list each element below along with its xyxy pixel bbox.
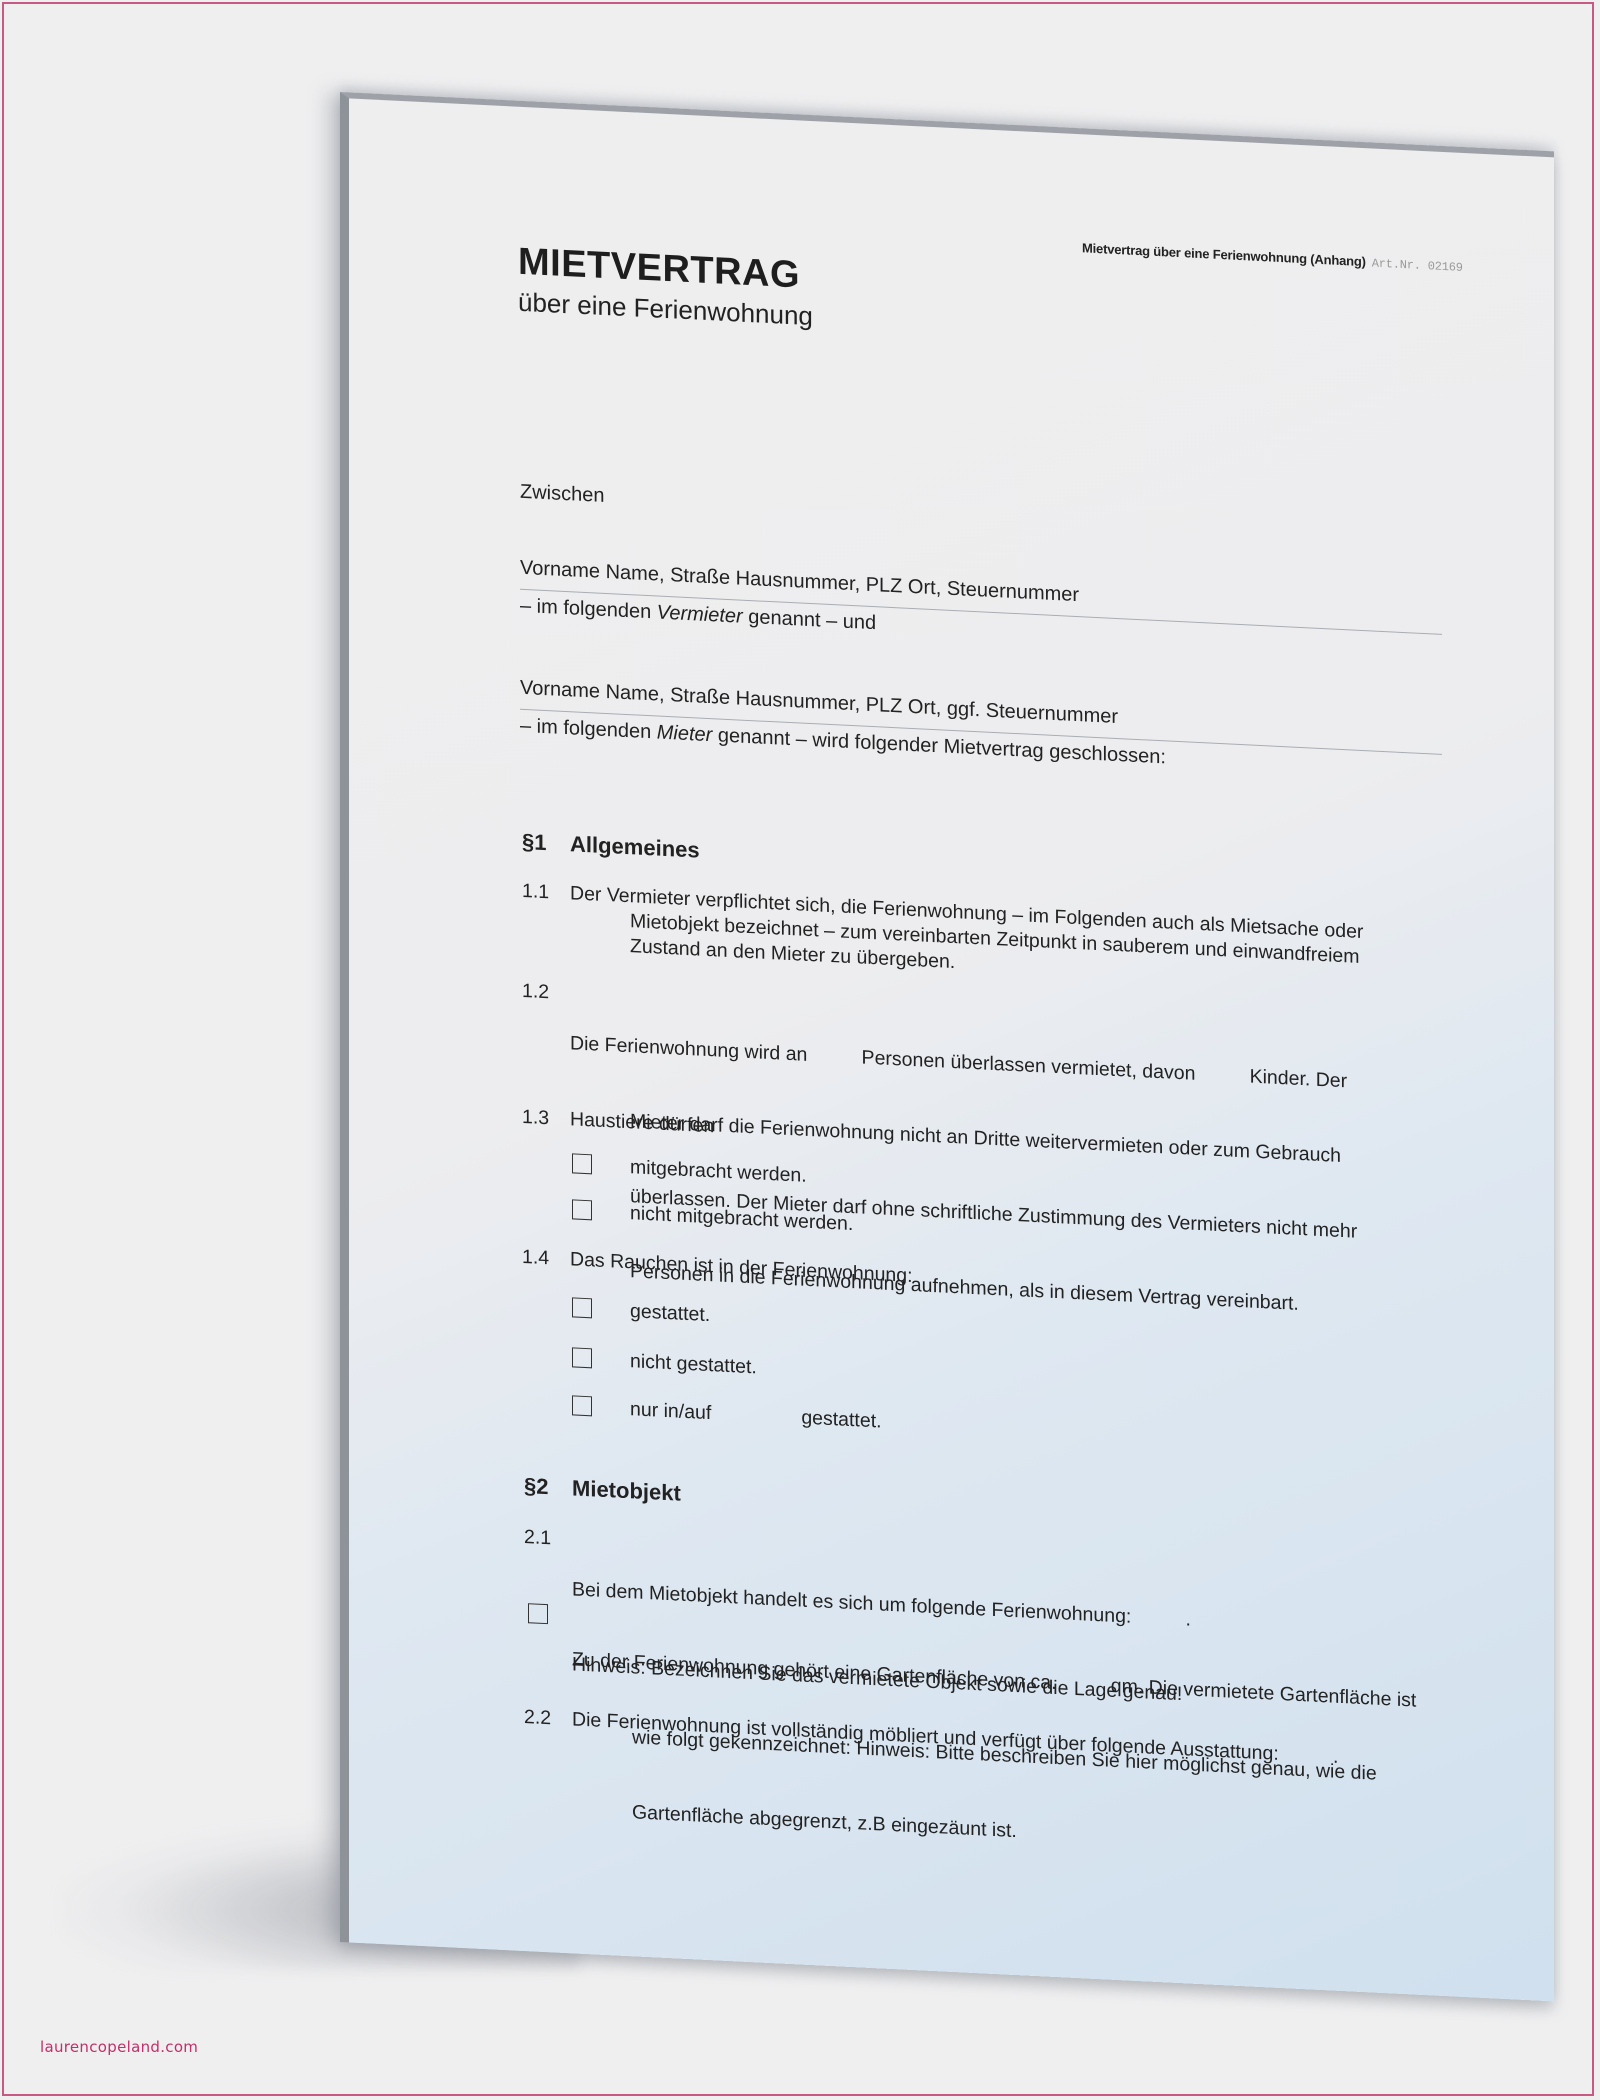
parties-intro: Zwischen <box>520 481 604 508</box>
running-header: Mietvertrag über eine Ferienwohnung (Anh… <box>1082 240 1463 275</box>
smoking-not-allowed-checkbox[interactable] <box>572 1347 592 1368</box>
pets-allowed-checkbox[interactable] <box>572 1153 592 1174</box>
smoking-partial-checkbox[interactable] <box>572 1395 592 1416</box>
section-2-heading: §2Mietobjekt <box>524 1473 681 1507</box>
article-number: Art.Nr. 02169 <box>1372 256 1463 274</box>
pets-not-allowed-checkbox[interactable] <box>572 1199 592 1220</box>
section-1-heading: §1Allgemeines <box>522 829 700 864</box>
watermark: laurencopeland.com <box>40 2038 198 2056</box>
running-title: Mietvertrag über eine Ferienwohnung (Anh… <box>1082 240 1366 269</box>
landlord-role: – im folgenden Vermieter genannt – und <box>520 595 876 635</box>
smoking-not-allowed-option[interactable]: nicht gestattet. <box>572 1347 757 1379</box>
smoking-partial-option[interactable]: nur in/aufgestattet. <box>572 1395 882 1433</box>
smoking-allowed-checkbox[interactable] <box>572 1297 592 1318</box>
document-page: Mietvertrag über eine Ferienwohnung (Anh… <box>340 92 1554 2001</box>
